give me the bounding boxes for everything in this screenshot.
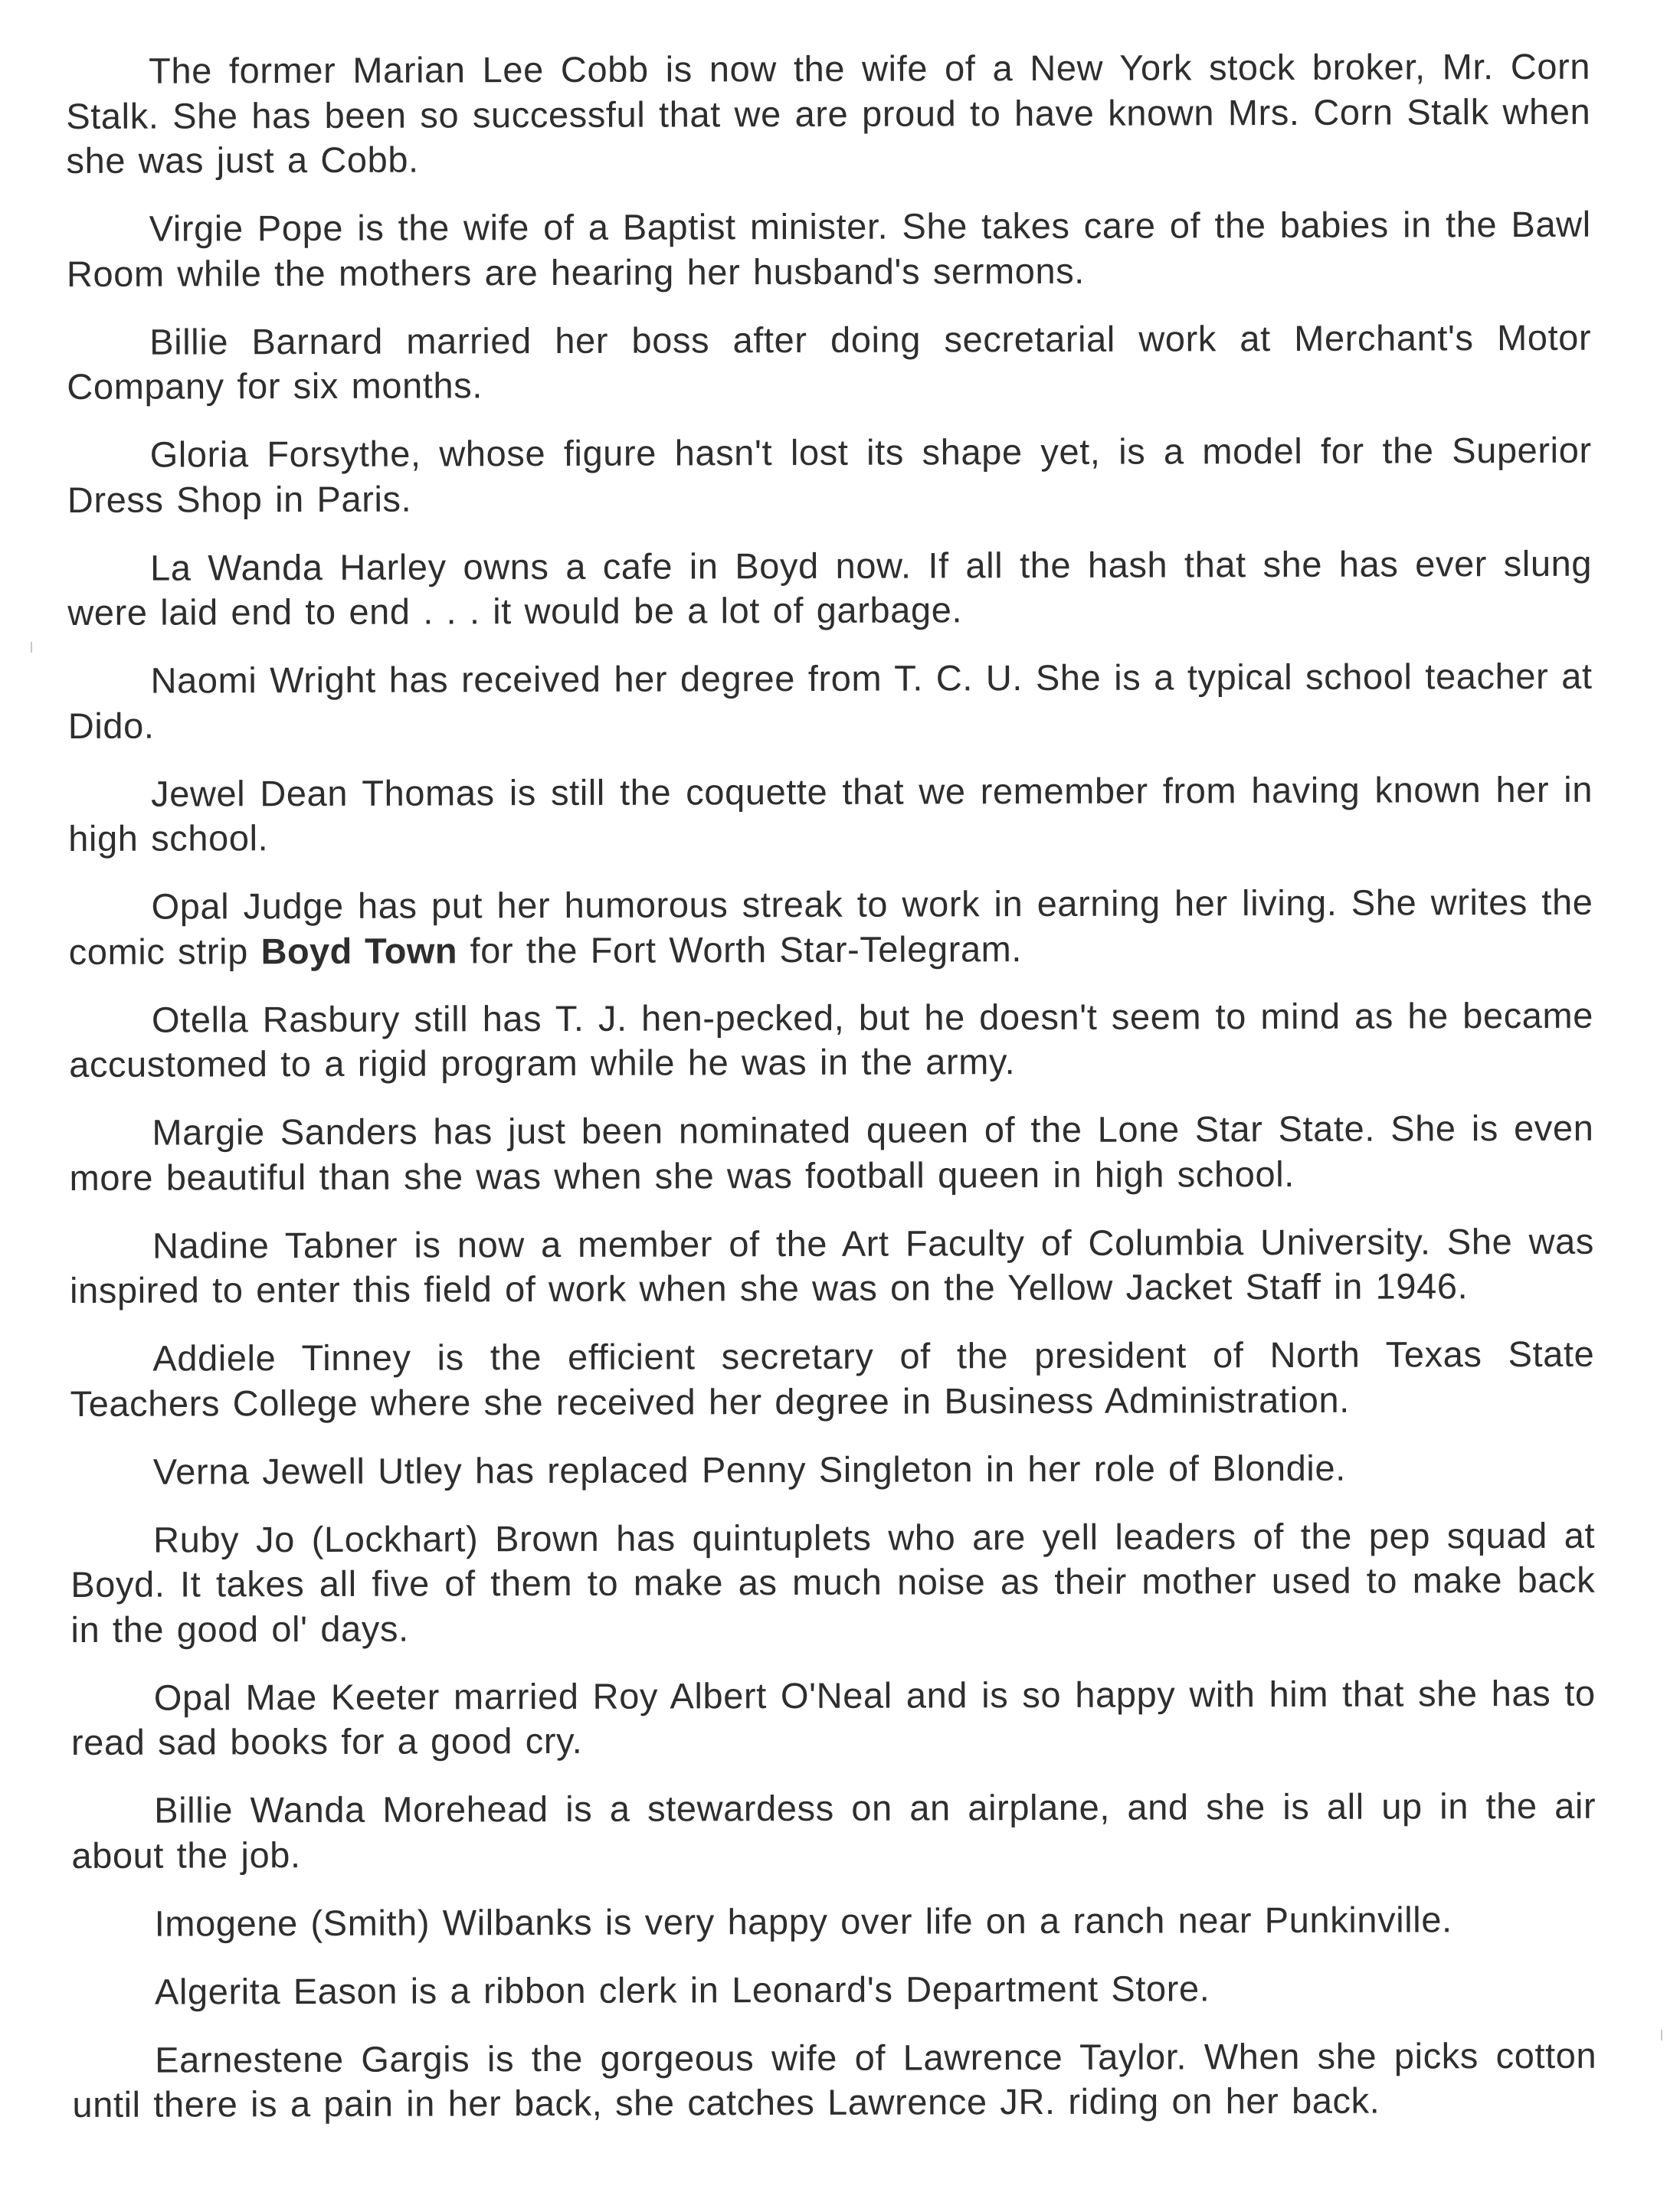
paragraph-text: Addiele Tinney is the efficient secretar…: [70, 1333, 1594, 1424]
paragraph: Margie Sanders has just been nominated q…: [69, 1106, 1593, 1200]
paragraph: Ruby Jo (Lockhart) Brown has quintuplets…: [70, 1513, 1596, 1652]
paragraph: Gloria Forsythe, whose figure hasn't los…: [67, 428, 1592, 522]
paragraph-text: Imogene (Smith) Wilbanks is very happy o…: [155, 1899, 1452, 1943]
paragraph: Billie Wanda Morehead is a stewardess on…: [71, 1784, 1596, 1878]
scan-mark: [31, 642, 32, 653]
scan-mark: [1661, 2030, 1662, 2040]
paragraph-text: Opal Mae Keeter married Roy Albert O'Nea…: [71, 1672, 1596, 1762]
paragraph: Nadine Tabner is now a member of the Art…: [70, 1219, 1594, 1313]
paragraph-text: Otella Rasbury still has T. J. hen-pecke…: [69, 994, 1593, 1085]
paragraph: Earnestene Gargis is the gorgeous wife o…: [72, 2033, 1596, 2127]
paragraph: Naomi Wright has received her degree fro…: [68, 654, 1593, 748]
paragraph: Verna Jewell Utley has replaced Penny Si…: [70, 1445, 1595, 1494]
paragraph: La Wanda Harley owns a cafe in Boyd now.…: [67, 541, 1592, 635]
paragraph-text: The former Marian Lee Cobb is now the wi…: [66, 46, 1590, 181]
paragraph-text: Billie Wanda Morehead is a stewardess on…: [71, 1785, 1596, 1876]
paragraph-text: Billie Barnard married her boss after do…: [67, 316, 1591, 407]
paragraph: Algerita Eason is a ribbon clerk in Leon…: [72, 1965, 1596, 2014]
paragraph: Billie Barnard married her boss after do…: [67, 315, 1591, 409]
paragraph: Opal Judge has put her humorous streak t…: [68, 880, 1593, 974]
bold-title-text: Boyd Town: [260, 930, 457, 971]
paragraph-text: Gloria Forsythe, whose figure hasn't los…: [67, 430, 1592, 520]
paragraph-text: Margie Sanders has just been nominated q…: [70, 1108, 1594, 1198]
paragraph: Virgie Pope is the wife of a Baptist min…: [67, 202, 1591, 296]
paragraph-text: Jewel Dean Thomas is still the coquette …: [68, 768, 1593, 859]
paragraph: Imogene (Smith) Wilbanks is very happy o…: [72, 1896, 1596, 1946]
paragraph-text: for the Fort Worth Star-Telegram.: [457, 928, 1022, 970]
paragraph: Addiele Tinney is the efficient secretar…: [70, 1332, 1594, 1426]
paragraph: Opal Mae Keeter married Roy Albert O'Nea…: [71, 1670, 1596, 1765]
paragraph-text: Naomi Wright has received her degree fro…: [68, 656, 1593, 746]
paragraph: Jewel Dean Thomas is still the coquette …: [68, 767, 1593, 861]
paragraph: Otella Rasbury still has T. J. hen-pecke…: [69, 993, 1593, 1087]
paragraph-text: Earnestene Gargis is the gorgeous wife o…: [72, 2034, 1596, 2125]
paragraph: The former Marian Lee Cobb is now the wi…: [66, 44, 1591, 184]
paragraph-text: Verna Jewell Utley has replaced Penny Si…: [153, 1447, 1346, 1491]
document-page: The former Marian Lee Cobb is now the wi…: [66, 44, 1597, 2151]
paragraph-text: Virgie Pope is the wife of a Baptist min…: [67, 204, 1591, 294]
paragraph-text: Nadine Tabner is now a member of the Art…: [70, 1220, 1594, 1311]
paragraph-text: Algerita Eason is a ribbon clerk in Leon…: [155, 1968, 1210, 2011]
paragraph-text: La Wanda Harley owns a cafe in Boyd now.…: [67, 542, 1592, 633]
paragraph-text: Ruby Jo (Lockhart) Brown has quintuplets…: [70, 1514, 1595, 1649]
